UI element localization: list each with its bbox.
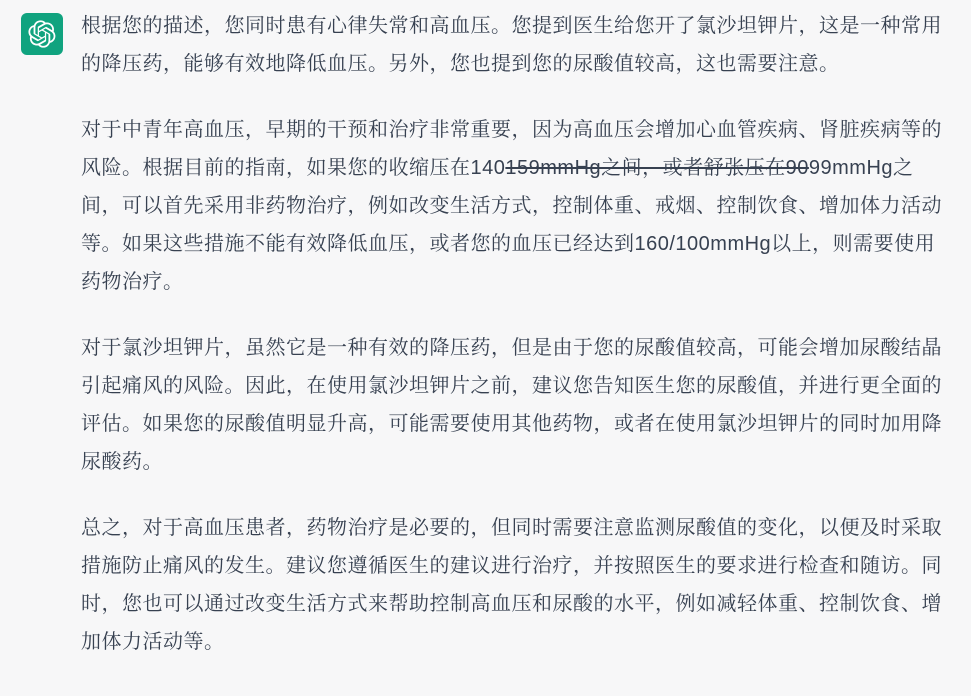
assistant-message: 根据您的描述，您同时患有心律失常和高血压。您提到医生给您开了氯沙坦钾片，这是一种… [0, 0, 971, 685]
assistant-avatar [21, 13, 63, 55]
text-segment: 总之，对于高血压患者，药物治疗是必要的，但同时需要注意监测尿酸值的变化，以便及时… [81, 517, 942, 653]
message-paragraph: 对于中青年高血压，早期的干预和治疗非常重要，因为高血压会增加心血管疾病、肾脏疾病… [81, 111, 951, 301]
text-segment: 根据您的描述，您同时患有心律失常和高血压。您提到医生给您开了氯沙坦钾片，这是一种… [81, 15, 942, 75]
message-content: 根据您的描述，您同时患有心律失常和高血压。您提到医生给您开了氯沙坦钾片，这是一种… [81, 7, 951, 661]
strikethrough-text: 159mmHg之间，或者舒张压在90 [505, 157, 809, 179]
text-segment: 对于氯沙坦钾片，虽然它是一种有效的降压药，但是由于您的尿酸值较高，可能会增加尿酸… [81, 337, 942, 473]
message-paragraph: 对于氯沙坦钾片，虽然它是一种有效的降压药，但是由于您的尿酸值较高，可能会增加尿酸… [81, 329, 951, 481]
openai-logo-icon [28, 20, 56, 48]
message-paragraph: 总之，对于高血压患者，药物治疗是必要的，但同时需要注意监测尿酸值的变化，以便及时… [81, 509, 951, 661]
message-paragraph: 根据您的描述，您同时患有心律失常和高血压。您提到医生给您开了氯沙坦钾片，这是一种… [81, 7, 951, 83]
